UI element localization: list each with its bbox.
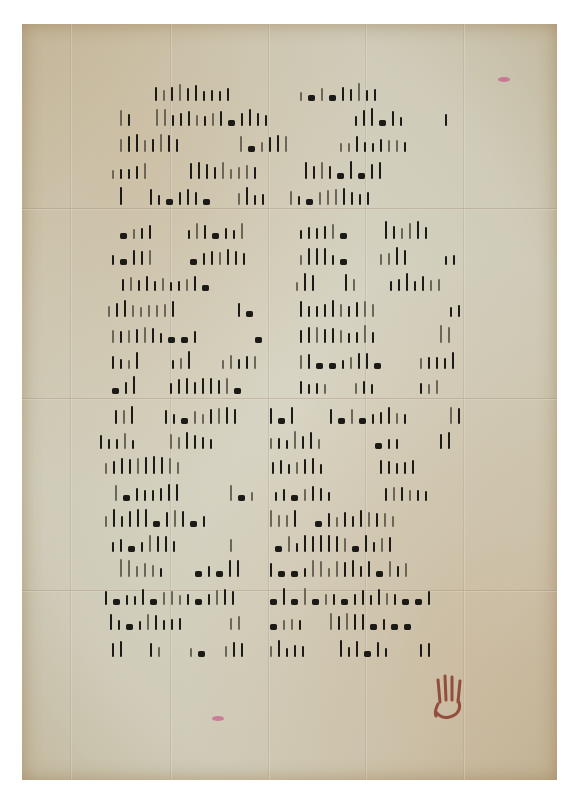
- glyph-mark: [218, 380, 220, 394]
- glyph-mark: [190, 648, 192, 657]
- glyph-mark: [181, 418, 188, 424]
- glyph-mark: [218, 408, 220, 424]
- glyph-mark: [401, 487, 403, 501]
- glyph-mark: [177, 462, 179, 474]
- glyph-line-segment: [270, 406, 299, 424]
- glyph-mark: [374, 363, 381, 369]
- glyph-mark: [291, 599, 298, 605]
- glyph-mark: [129, 459, 131, 474]
- glyph-mark: [178, 437, 180, 449]
- glyph-mark: [212, 233, 219, 239]
- glyph-mark: [278, 438, 280, 449]
- glyph-mark: [385, 221, 387, 239]
- glyph-mark: [450, 307, 452, 317]
- glyph-mark: [348, 143, 350, 152]
- glyph-mark: [120, 110, 122, 126]
- glyph-mark: [291, 571, 298, 577]
- glyph-mark: [371, 384, 373, 394]
- glyph-mark: [124, 433, 126, 449]
- glyph-line-segment: [380, 456, 420, 474]
- glyph-mark: [208, 594, 210, 605]
- glyph-mark: [404, 142, 406, 152]
- glyph-mark: [233, 642, 235, 657]
- glyph-mark: [160, 488, 162, 501]
- glyph-mark: [375, 443, 382, 449]
- glyph-mark: [415, 599, 422, 605]
- glyph-mark: [203, 199, 210, 205]
- glyph-mark: [234, 409, 236, 424]
- glyph-mark: [128, 560, 130, 577]
- glyph-mark: [195, 571, 202, 577]
- glyph-mark: [214, 167, 216, 179]
- glyph-mark: [396, 413, 398, 424]
- glyph-mark: [308, 95, 315, 101]
- glyph-mark: [186, 279, 188, 291]
- glyph-mark: [291, 407, 293, 424]
- glyph-line-segment: [270, 559, 413, 577]
- glyph-mark: [196, 223, 198, 239]
- glyph-mark: [174, 510, 176, 527]
- glyph-mark: [158, 647, 160, 657]
- glyph-mark: [163, 620, 165, 630]
- glyph-mark: [300, 355, 302, 369]
- glyph-mark: [358, 83, 360, 101]
- glyph-mark: [128, 330, 130, 343]
- glyph-mark: [291, 619, 293, 630]
- glyph-mark: [300, 330, 302, 343]
- glyph-mark: [290, 191, 292, 205]
- glyph-mark: [364, 325, 366, 343]
- glyph-mark: [136, 488, 138, 501]
- glyph-mark: [332, 300, 334, 317]
- glyph-mark: [333, 594, 335, 605]
- glyph-line-segment: [120, 187, 128, 205]
- glyph-mark: [226, 378, 228, 394]
- glyph-mark: [298, 196, 300, 205]
- glyph-mark: [120, 233, 127, 239]
- glyph-mark: [195, 192, 197, 205]
- glyph-mark: [230, 485, 232, 501]
- glyph-line-segment: [170, 376, 247, 394]
- glyph-mark: [356, 302, 358, 317]
- glyph-mark: [116, 303, 118, 317]
- glyph-mark: [351, 409, 353, 424]
- glyph-mark: [272, 462, 274, 474]
- glyph-mark: [202, 285, 209, 291]
- glyph-mark: [238, 167, 240, 179]
- glyph-line-segment: [112, 161, 152, 179]
- glyph-mark: [138, 280, 140, 291]
- glyph-line-segment: [300, 247, 353, 265]
- glyph-mark: [417, 221, 419, 239]
- glyph-mark: [308, 248, 310, 265]
- glyph-mark: [140, 307, 142, 317]
- glyph-mark: [315, 521, 322, 527]
- glyph-mark: [308, 327, 310, 343]
- glyph-mark: [269, 137, 271, 152]
- glyph-line-segment: [240, 134, 293, 152]
- glyph-mark: [179, 84, 181, 101]
- glyph-mark: [208, 566, 210, 577]
- glyph-mark: [409, 490, 411, 501]
- glyph-mark: [204, 225, 206, 239]
- glyph-mark: [352, 546, 359, 552]
- glyph-mark: [405, 563, 407, 577]
- glyph-mark: [383, 619, 385, 630]
- glyph-mark: [275, 492, 277, 501]
- glyph-mark: [312, 560, 314, 577]
- glyph-mark: [126, 595, 128, 605]
- glyph-mark: [202, 414, 204, 424]
- glyph-mark: [355, 383, 357, 394]
- glyph-mark: [312, 599, 319, 605]
- glyph-mark: [372, 414, 374, 424]
- glyph-mark: [278, 515, 280, 527]
- glyph-mark: [397, 566, 399, 577]
- glyph-mark: [108, 439, 110, 449]
- glyph-mark: [233, 230, 235, 239]
- glyph-mark: [160, 568, 162, 577]
- glyph-mark: [352, 560, 354, 577]
- glyph-mark: [126, 624, 133, 630]
- glyph-line-segment: [112, 639, 128, 657]
- glyph-mark: [312, 486, 314, 501]
- glyph-mark: [128, 546, 135, 552]
- glyph-mark: [448, 327, 450, 343]
- glyph-mark: [300, 230, 302, 239]
- glyph-line-segment: [330, 406, 412, 424]
- glyph-mark: [316, 306, 318, 317]
- glyph-mark: [320, 464, 322, 474]
- glyph-mark: [340, 143, 342, 152]
- glyph-mark: [120, 539, 122, 552]
- glyph-mark: [328, 492, 330, 501]
- glyph-mark: [338, 418, 345, 424]
- glyph-mark: [380, 254, 382, 265]
- glyph-mark: [112, 542, 114, 552]
- glyph-mark: [262, 194, 264, 205]
- glyph-mark: [372, 143, 374, 152]
- glyph-mark: [112, 255, 114, 265]
- glyph-mark: [286, 440, 288, 449]
- glyph-mark: [178, 281, 180, 291]
- glyph-mark: [412, 460, 414, 474]
- glyph-mark: [190, 163, 192, 179]
- glyph-mark: [280, 460, 282, 474]
- glyph-mark: [144, 163, 146, 179]
- glyph-mark: [128, 360, 130, 369]
- glyph-mark: [230, 355, 232, 369]
- glyph-mark: [235, 251, 237, 265]
- glyph-mark: [118, 620, 120, 630]
- glyph-line-segment: [105, 587, 240, 605]
- glyph-mark: [176, 139, 178, 152]
- glyph-mark: [321, 162, 323, 179]
- glyph-mark: [133, 376, 135, 394]
- glyph-mark: [219, 252, 221, 265]
- glyph-mark: [283, 620, 285, 630]
- glyph-mark: [350, 89, 352, 101]
- glyph-line-segment: [385, 221, 433, 239]
- glyph-line-segment: [315, 509, 400, 527]
- glyph-mark: [178, 379, 180, 394]
- glyph-mark: [243, 253, 245, 265]
- glyph-mark: [341, 599, 348, 605]
- glyph-mark: [285, 136, 287, 152]
- glyph-line-segment: [150, 187, 216, 205]
- glyph-mark: [428, 384, 430, 394]
- glyph-line-segment: [115, 483, 184, 501]
- glyph-mark: [378, 589, 380, 605]
- glyph-mark: [440, 325, 442, 343]
- glyph-mark: [150, 599, 157, 605]
- glyph-mark: [393, 487, 395, 501]
- glyph-mark: [137, 458, 139, 474]
- glyph-line-segment: [108, 299, 180, 317]
- glyph-mark: [372, 332, 374, 343]
- glyph-line-segment: [230, 612, 246, 630]
- glyph-mark: [195, 85, 197, 101]
- glyph-mark: [203, 91, 205, 101]
- glyph-line-segment: [170, 431, 218, 449]
- glyph-mark: [310, 432, 312, 449]
- glyph-mark: [194, 411, 196, 424]
- glyph-mark: [336, 536, 338, 552]
- glyph-line-segment: [156, 108, 273, 126]
- glyph-mark: [186, 378, 188, 394]
- glyph-mark: [147, 614, 149, 630]
- glyph-line-segment: [112, 376, 141, 394]
- glyph-line-segment: [112, 351, 144, 369]
- glyph-line-segment: [380, 247, 412, 265]
- glyph-mark: [216, 590, 218, 605]
- glyph-mark: [219, 91, 221, 101]
- glyph-mark: [160, 134, 162, 152]
- glyph-mark: [222, 162, 224, 179]
- glyph-mark: [112, 388, 119, 394]
- glyph-mark: [368, 561, 370, 577]
- glyph-mark: [388, 461, 390, 474]
- glyph-mark: [152, 328, 154, 343]
- glyph-mark: [220, 111, 222, 126]
- glyph-mark: [163, 592, 165, 605]
- glyph-mark: [342, 87, 344, 101]
- glyph-line-segment: [270, 431, 326, 449]
- glyph-mark: [329, 166, 331, 179]
- glyph-mark: [362, 614, 364, 630]
- glyph-mark: [248, 146, 255, 152]
- glyph-mark: [211, 251, 213, 265]
- glyph-mark: [354, 614, 356, 630]
- glyph-mark: [270, 599, 277, 605]
- glyph-mark: [277, 135, 279, 152]
- glyph-line-segment: [275, 534, 397, 552]
- glyph-mark: [344, 562, 346, 577]
- glyph-mark: [156, 109, 158, 126]
- glyph-mark: [132, 440, 134, 449]
- glyph-mark: [210, 409, 212, 424]
- glyph-mark: [367, 192, 369, 205]
- glyph-mark: [227, 88, 229, 101]
- glyph-line-segment: [300, 376, 332, 394]
- glyph-mark: [179, 595, 181, 605]
- glyph-mark: [354, 594, 356, 605]
- glyph-line-segment: [195, 559, 245, 577]
- glyph-mark: [332, 224, 334, 239]
- glyph-mark: [227, 249, 229, 265]
- glyph-line-segment: [420, 639, 436, 657]
- glyph-mark: [194, 331, 196, 343]
- glyph-mark: [251, 492, 253, 501]
- glyph-mark: [163, 90, 165, 101]
- glyph-mark: [364, 651, 371, 657]
- glyph-mark: [390, 281, 392, 291]
- glyph-mark: [300, 92, 302, 101]
- glyph-mark: [414, 281, 416, 291]
- glyph-mark: [121, 516, 123, 527]
- glyph-mark: [265, 115, 267, 126]
- glyph-line-segment: [300, 83, 382, 101]
- glyph-mark: [404, 462, 406, 474]
- glyph-mark: [145, 457, 147, 474]
- glyph-mark: [190, 521, 197, 527]
- glyph-mark: [150, 643, 152, 657]
- glyph-mark: [353, 279, 355, 291]
- glyph-mark: [160, 333, 162, 343]
- glyph-mark: [181, 337, 188, 343]
- glyph-mark: [328, 535, 330, 552]
- glyph-line-segment: [105, 509, 211, 527]
- glyph-mark: [343, 188, 345, 205]
- glyph-mark: [436, 380, 438, 394]
- glyph-mark: [148, 305, 150, 317]
- glyph-mark: [136, 329, 138, 343]
- glyph-mark: [129, 511, 131, 527]
- glyph-mark: [144, 140, 146, 152]
- glyph-mark: [325, 594, 327, 605]
- glyph-mark: [238, 193, 240, 205]
- fold-crease-vertical: [463, 24, 465, 780]
- glyph-line-segment: [275, 483, 336, 501]
- glyph-line-segment: [345, 273, 361, 291]
- glyph-mark: [337, 173, 344, 179]
- glyph-mark: [409, 223, 411, 239]
- glyph-mark: [222, 360, 224, 369]
- glyph-mark: [356, 641, 358, 657]
- glyph-mark: [228, 120, 235, 126]
- glyph-line-segment: [115, 406, 139, 424]
- glyph-mark: [392, 111, 394, 126]
- glyph-mark: [448, 432, 450, 449]
- glyph-line-segment: [420, 376, 444, 394]
- glyph-mark: [133, 229, 135, 239]
- glyph-mark: [304, 273, 306, 291]
- glyph-mark: [188, 230, 190, 239]
- glyph-mark: [330, 409, 332, 424]
- glyph-mark: [296, 282, 298, 291]
- glyph-mark: [304, 535, 306, 552]
- glyph-mark: [386, 593, 388, 605]
- glyph-mark: [171, 591, 173, 605]
- glyph-mark: [318, 439, 320, 449]
- glyph-mark: [188, 351, 190, 369]
- glyph-line-segment: [172, 351, 196, 369]
- glyph-mark: [224, 589, 226, 605]
- ink-stain: [498, 77, 510, 82]
- glyph-mark: [350, 161, 352, 179]
- glyph-mark: [173, 541, 175, 552]
- glyph-mark: [294, 645, 296, 657]
- glyph-mark: [362, 590, 364, 605]
- glyph-mark: [154, 281, 156, 291]
- glyph-mark: [316, 327, 318, 343]
- glyph-mark: [190, 259, 197, 265]
- glyph-line-segment: [420, 351, 460, 369]
- glyph-mark: [406, 273, 408, 291]
- glyph-mark: [365, 535, 367, 552]
- glyph-mark: [391, 624, 398, 630]
- fold-crease-horizontal: [22, 398, 557, 400]
- glyph-mark: [211, 90, 213, 101]
- glyph-mark: [283, 588, 285, 605]
- glyph-mark: [296, 462, 298, 474]
- glyph-mark: [363, 110, 365, 126]
- glyph-mark: [420, 644, 422, 657]
- glyph-mark: [246, 356, 248, 369]
- glyph-mark: [364, 142, 366, 152]
- glyph-mark: [392, 516, 394, 527]
- glyph-mark: [144, 563, 146, 577]
- glyph-mark: [241, 643, 243, 657]
- glyph-mark: [359, 194, 361, 205]
- glyph-mark: [304, 459, 306, 474]
- glyph-mark: [275, 546, 282, 552]
- glyph-mark: [171, 87, 173, 101]
- glyph-mark: [168, 337, 175, 343]
- glyph-mark: [170, 383, 172, 394]
- glyph-mark: [324, 384, 326, 394]
- glyph-line-segment: [340, 134, 412, 152]
- glyph-mark: [379, 162, 381, 179]
- glyph-mark: [179, 192, 181, 205]
- glyph-mark: [203, 516, 205, 527]
- glyph-line-segment: [112, 534, 181, 552]
- glyph-mark: [332, 255, 334, 265]
- glyph-mark: [308, 354, 310, 369]
- glyph-mark: [444, 358, 446, 369]
- glyph-mark: [152, 139, 154, 152]
- glyph-mark: [105, 591, 107, 605]
- glyph-mark: [173, 414, 175, 424]
- glyph-mark: [372, 304, 374, 317]
- glyph-line-segment: [375, 431, 404, 449]
- glyph-mark: [120, 641, 122, 657]
- glyph-mark: [417, 490, 419, 501]
- glyph-mark: [168, 135, 170, 152]
- glyph-mark: [249, 109, 251, 126]
- glyph-mark: [149, 250, 151, 265]
- glyph-mark: [376, 513, 378, 527]
- glyph-mark: [161, 457, 163, 474]
- glyph-mark: [115, 485, 117, 501]
- glyph-mark: [120, 331, 122, 343]
- glyph-mark: [130, 277, 132, 291]
- glyph-mark: [304, 489, 306, 501]
- glyph-mark: [398, 279, 400, 291]
- glyph-mark: [270, 563, 272, 577]
- glyph-line-segment: [270, 587, 436, 605]
- glyph-mark: [389, 561, 391, 577]
